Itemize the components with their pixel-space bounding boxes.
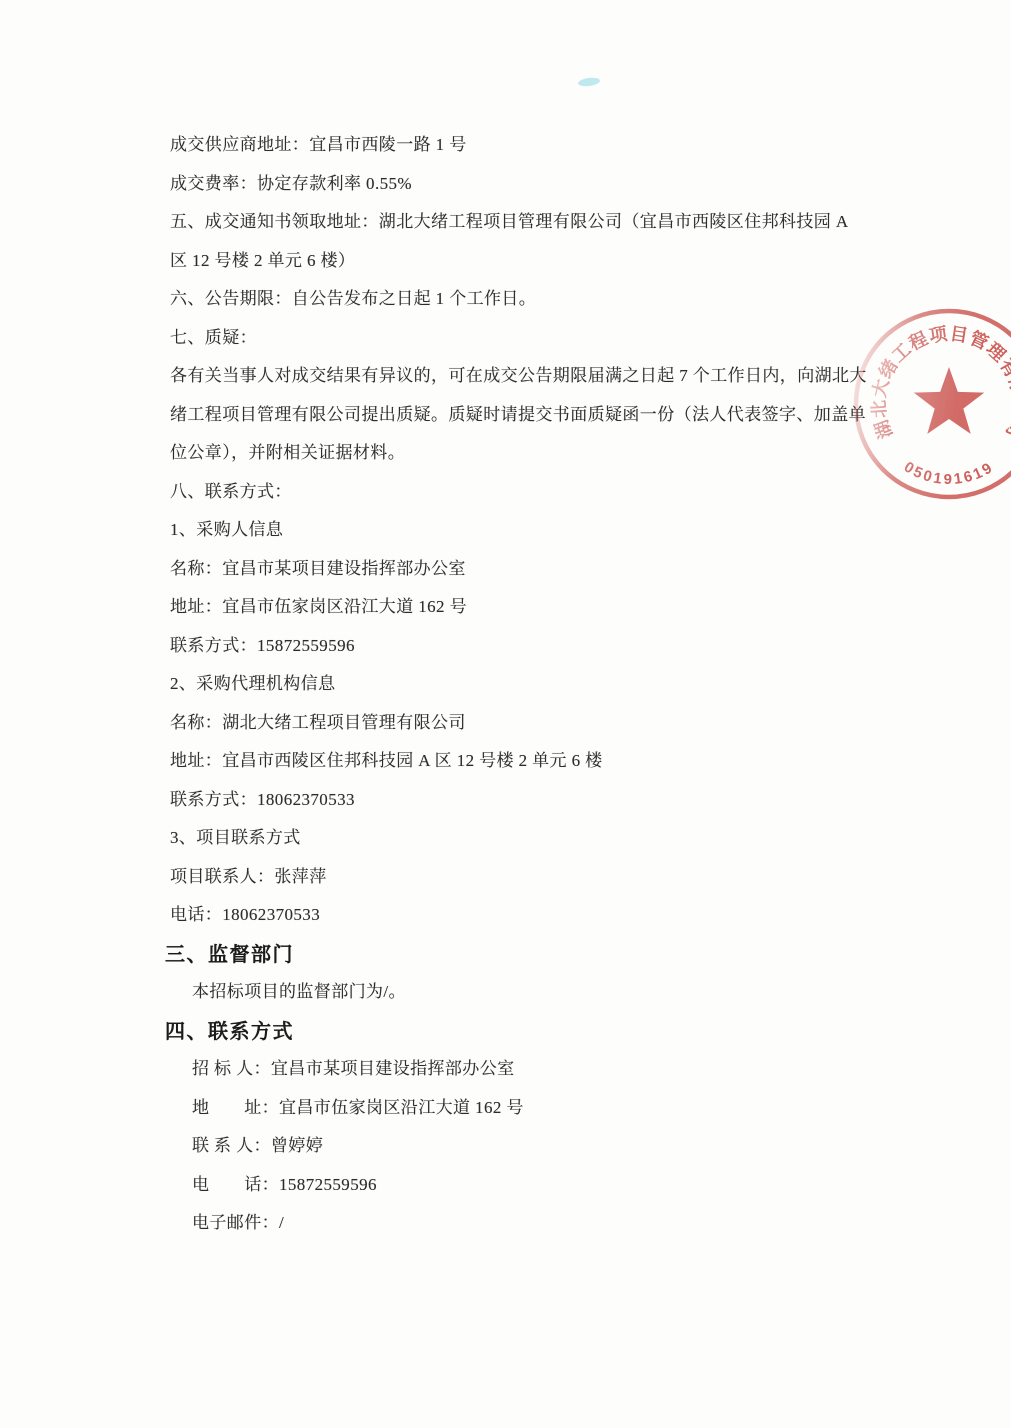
text-line: 电 话：15872559596 <box>192 1174 377 1195</box>
text-line: 区 12 号楼 2 单元 6 楼） <box>170 250 355 271</box>
text-line: 联 系 人：曾婷婷 <box>192 1135 323 1156</box>
text-line: 七、质疑： <box>170 327 257 348</box>
text-line: 各有关当事人对成交结果有异议的，可在成交公告期限届满之日起 7 个工作日内，向湖… <box>170 365 867 386</box>
text-line: 名称：湖北大绪工程项目管理有限公司 <box>170 712 466 733</box>
text-line: 地址：宜昌市伍家岗区沿江大道 162 号 <box>170 596 467 617</box>
text-line: 联系方式：18062370533 <box>170 789 355 810</box>
text-line: 五、成交通知书领取地址：湖北大绪工程项目管理有限公司（宜昌市西陵区住邦科技园 A <box>170 211 849 232</box>
text-line: 电话：18062370533 <box>170 904 320 925</box>
text-line: 本招标项目的监督部门为/。 <box>192 981 406 1002</box>
text-line: 六、公告期限：自公告发布之日起 1 个工作日。 <box>170 288 536 309</box>
text-line: 地址：宜昌市西陵区住邦科技园 A 区 12 号楼 2 单元 6 楼 <box>170 750 603 771</box>
star-icon <box>914 367 984 434</box>
scan-smudge <box>578 77 601 88</box>
company-seal-stamp: 湖北大绪工程项目管理有限公司 050191619 <box>839 274 1011 514</box>
text-line: 1、采购人信息 <box>170 519 283 540</box>
text-line: 三、监督部门 <box>165 943 294 968</box>
text-line: 项目联系人：张萍萍 <box>170 866 327 887</box>
text-line: 位公章），并附相关证据材料。 <box>170 442 405 463</box>
text-line: 地 址：宜昌市伍家岗区沿江大道 162 号 <box>192 1097 524 1118</box>
text-line: 电子邮件：/ <box>192 1212 284 1233</box>
text-line: 成交费率：协定存款利率 0.55% <box>170 173 412 194</box>
text-line: 2、采购代理机构信息 <box>170 673 336 694</box>
text-line: 绪工程项目管理有限公司提出质疑。质疑时请提交书面质疑函一份（法人代表签字、加盖单 <box>170 404 866 425</box>
text-line: 3、项目联系方式 <box>170 827 301 848</box>
text-line: 四、联系方式 <box>165 1020 294 1045</box>
seal-serial-number: 050191619 <box>901 459 997 488</box>
text-line: 联系方式：15872559596 <box>170 635 355 656</box>
text-line: 八、联系方式： <box>170 481 292 502</box>
text-line: 名称：宜昌市某项目建设指挥部办公室 <box>170 558 466 579</box>
seal-graphic: 湖北大绪工程项目管理有限公司 050191619 <box>839 274 1011 514</box>
scanned-page: 成交供应商地址：宜昌市西陵一路 1 号成交费率：协定存款利率 0.55%五、成交… <box>0 0 1011 1428</box>
text-line: 成交供应商地址：宜昌市西陵一路 1 号 <box>170 134 467 155</box>
text-line: 招 标 人：宜昌市某项目建设指挥部办公室 <box>192 1058 515 1079</box>
